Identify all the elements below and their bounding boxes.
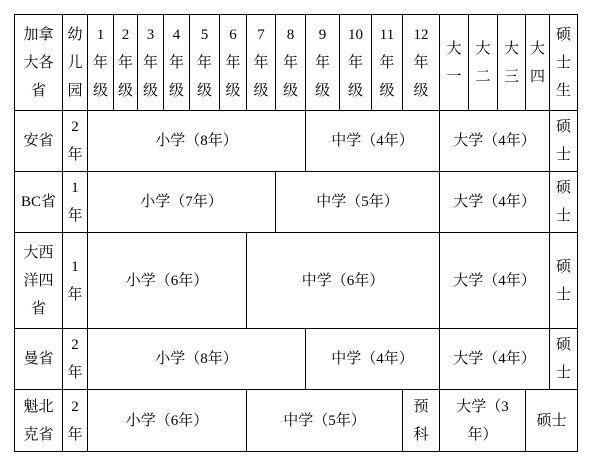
row-manitoba: 曼省2 年小学（8年）中学（4年）大学（4年）硕 士 [15, 329, 578, 390]
manitoba-province-cell: 曼省 [15, 329, 63, 390]
quebec-kindergarten-cell: 2 年 [63, 390, 88, 452]
atlantic-university-cell: 大学（4年） [440, 233, 550, 329]
header-grade-4: 4 年 级 [164, 15, 190, 111]
manitoba-secondary-cell: 中学（4年） [306, 329, 440, 390]
row-bc: BC省1 年小学（7年）中学（5年）大学（4年）硕 士 [15, 172, 578, 233]
atlantic-primary-cell: 小学（6年） [88, 233, 247, 329]
header-grade-9: 9 年 级 [306, 15, 340, 111]
atlantic-masters-cell: 硕 士 [550, 233, 578, 329]
header-grade-2: 2 年 级 [114, 15, 138, 111]
row-quebec: 魁北 克省2 年小学（6年）中学（5年）预 科大学（3 年）硕士 [15, 390, 578, 452]
manitoba-primary-cell: 小学（8年） [88, 329, 306, 390]
bc-kindergarten-cell: 1 年 [63, 172, 88, 233]
header-univ-year-1: 大 一 [440, 15, 469, 111]
ontario-masters-cell: 硕 士 [550, 111, 578, 172]
header-row: 加拿 大各 省幼 儿 园1 年 级2 年 级3 年 级4 年 级5 年 级6 年… [15, 15, 578, 111]
bc-university-cell: 大学（4年） [440, 172, 550, 233]
ontario-university-cell: 大学（4年） [440, 111, 550, 172]
quebec-secondary-cell: 中学（5年） [247, 390, 403, 452]
manitoba-masters-cell: 硕 士 [550, 329, 578, 390]
manitoba-university-cell: 大学（4年） [440, 329, 550, 390]
quebec-university-cell: 大学（3 年） [440, 390, 526, 452]
ontario-primary-cell: 小学（8年） [88, 111, 306, 172]
header-grade-5: 5 年 级 [190, 15, 220, 111]
ontario-province-cell: 安省 [15, 111, 63, 172]
atlantic-secondary-cell: 中学（6年） [247, 233, 440, 329]
header-univ-year-3: 大 三 [498, 15, 526, 111]
bc-province-cell: BC省 [15, 172, 63, 233]
atlantic-province-cell: 大西 洋四 省 [15, 233, 63, 329]
page: 加拿 大各 省幼 儿 园1 年 级2 年 级3 年 级4 年 级5 年 级6 年… [0, 0, 592, 471]
manitoba-kindergarten-cell: 2 年 [63, 329, 88, 390]
row-atlantic: 大西 洋四 省1 年小学（6年）中学（6年）大学（4年）硕 士 [15, 233, 578, 329]
row-ontario: 安省2 年小学（8年）中学（4年）大学（4年）硕 士 [15, 111, 578, 172]
bc-secondary-cell: 中学（5年） [276, 172, 440, 233]
ontario-kindergarten-cell: 2 年 [63, 111, 88, 172]
education-system-table: 加拿 大各 省幼 儿 园1 年 级2 年 级3 年 级4 年 级5 年 级6 年… [14, 14, 578, 452]
header-grade-11: 11 年 级 [372, 15, 403, 111]
table-body: 安省2 年小学（8年）中学（4年）大学（4年）硕 士BC省1 年小学（7年）中学… [15, 111, 578, 452]
header-kindergarten: 幼 儿 园 [63, 15, 88, 111]
header-grade-3: 3 年 级 [138, 15, 164, 111]
header-grade-1: 1 年 级 [88, 15, 114, 111]
quebec-preparatory-cell: 预 科 [403, 390, 440, 452]
header-univ-year-4: 大 四 [526, 15, 550, 111]
header-grade-10: 10 年 级 [340, 15, 372, 111]
quebec-masters-cell: 硕士 [526, 390, 578, 452]
header-grade-12: 12 年 级 [403, 15, 440, 111]
ontario-secondary-cell: 中学（4年） [306, 111, 440, 172]
header-grade-8: 8 年 级 [276, 15, 306, 111]
bc-primary-cell: 小学（7年） [88, 172, 276, 233]
header-provinces: 加拿 大各 省 [15, 15, 63, 111]
quebec-province-cell: 魁北 克省 [15, 390, 63, 452]
table-header: 加拿 大各 省幼 儿 园1 年 级2 年 级3 年 级4 年 级5 年 级6 年… [15, 15, 578, 111]
quebec-primary-cell: 小学（6年） [88, 390, 247, 452]
bc-masters-cell: 硕 士 [550, 172, 578, 233]
header-grade-7: 7 年 级 [247, 15, 276, 111]
header-univ-year-2: 大 二 [469, 15, 498, 111]
atlantic-kindergarten-cell: 1 年 [63, 233, 88, 329]
header-masters: 硕 士 生 [550, 15, 578, 111]
header-grade-6: 6 年 级 [220, 15, 247, 111]
